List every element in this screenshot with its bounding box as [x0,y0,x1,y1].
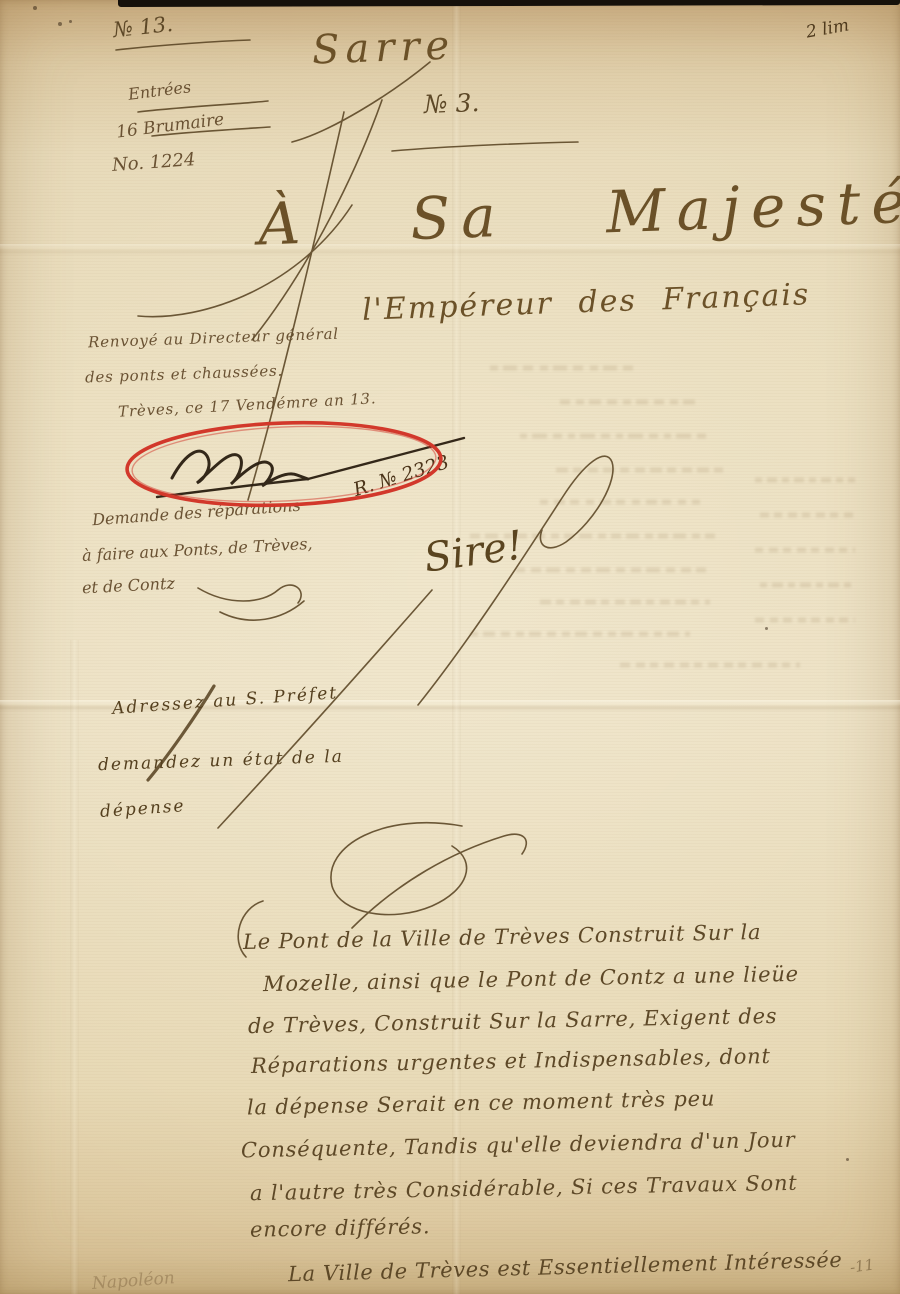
renvoi-note-line3: Trèves, ce 17 Vendémre an 13. [118,390,377,420]
page-corner-mark: -11 [849,1256,875,1276]
registry-entry-label: Entrées [127,78,192,103]
letter-number: № 3. [424,89,480,118]
scan-edge-top [118,0,900,7]
subject-note-line2: à faire aux Ponts, de Trèves, [82,535,313,565]
pencil-annotation: Napoléon [91,1269,175,1293]
instruction-note-line2: demandez un état de la [98,748,344,775]
subject-note-line3: et de Contz [82,575,176,597]
address-sire: Sire! [421,523,525,580]
instruction-note-line3: dépense [99,797,186,822]
corner-annotation: 2 lim [805,16,851,42]
renvoi-note-line1: Renvoyé au Directeur général [88,326,339,351]
registry-reference-number: No. 1224 [111,150,196,176]
paper-speck [69,20,72,23]
fold-crease-vertical-left [70,640,79,1294]
paper-speck [33,6,37,10]
renvoi-note-line2: des ponts et chaussées. [85,363,284,386]
closing-line: La Ville de Trèves est Essentiellement I… [288,1249,843,1287]
registry-date: 16 Brumaire [115,110,225,142]
body-line: Mozelle, ainsi que le Pont de Contz a un… [263,963,799,996]
series-title: Sarre [311,24,456,73]
letter-scan-page: № 13. 2 lim Entrées 16 Brumaire No. 1224… [0,0,900,1294]
body-line: Conséquente, Tandis qu'elle deviendra d'… [241,1129,796,1163]
document-number: № 13. [112,13,174,42]
paper-speck [765,627,768,630]
instruction-note-line1: Adressez au S. Préfet [112,684,339,718]
body-line: Réparations urgentes et Indispensables, … [251,1045,771,1078]
body-line: encore différés. [250,1215,431,1242]
body-line: la dépense Serait en ce moment très peu [247,1088,716,1120]
paper-speck [846,1158,849,1161]
approval-registry-number: R. № 2323 [351,452,452,501]
body-line: de Trèves, Construit Sur la Sarre, Exige… [248,1005,778,1038]
paper-speck [58,22,62,26]
subject-note-line1: Demande des réparations [92,497,302,529]
salutation-emperor-title: l'Empéreur des Français [362,278,811,327]
body-line: Le Pont de la Ville de Trèves Construit … [243,921,762,954]
body-line: a l'autre très Considérable, Si ces Trav… [250,1172,798,1206]
